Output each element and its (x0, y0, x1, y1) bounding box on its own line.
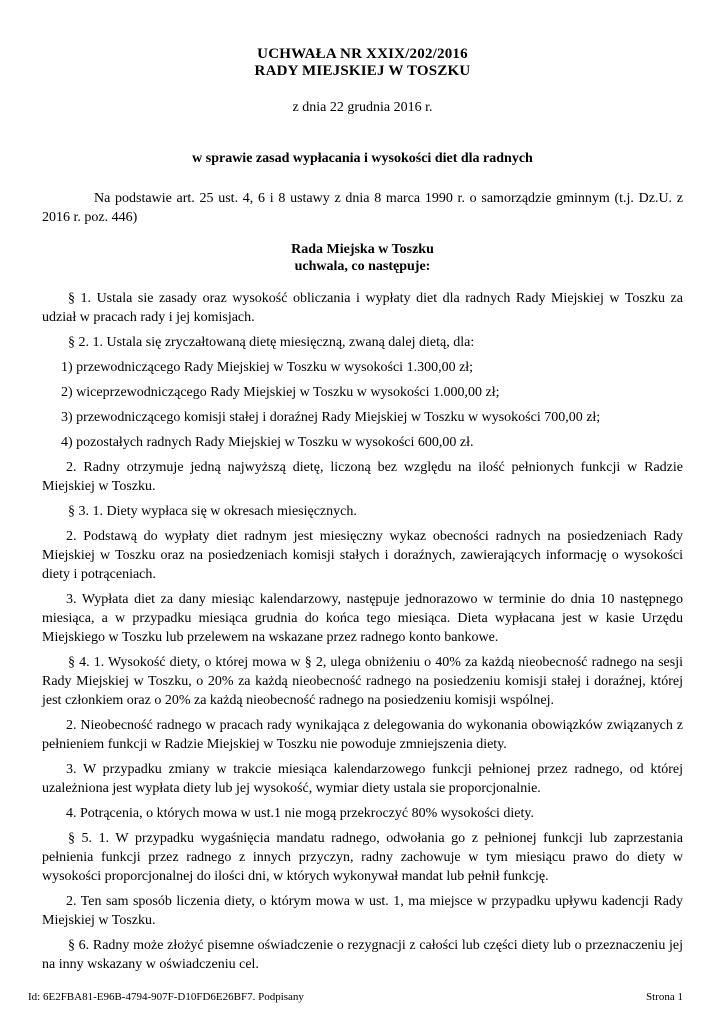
page-footer: Id: 6E2FBA81-E96B-4794-907F-D10FD6E26BF7… (28, 991, 683, 1004)
list-item-4: 4) pozostałych radnych Rady Miejskiej w … (42, 433, 683, 452)
section-3-sub-1: § 3. 1. Diety wypłaca się w okresach mie… (42, 502, 683, 521)
section-4-sub-1: § 4. 1. Wysokość diety, o której mowa w … (42, 653, 683, 710)
section-5-sub-1: § 5. 1. W przypadku wygaśnięcia mandatu … (42, 829, 683, 886)
resolution-date: z dnia 22 grudnia 2016 r. (42, 99, 683, 117)
section-1: § 1. Ustala sie zasady oraz wysokość obl… (42, 289, 683, 327)
resolution-body: § 1. Ustala sie zasady oraz wysokość obl… (42, 289, 683, 974)
list-item-3: 3) przewodniczącego komisji stałej i dor… (42, 408, 683, 427)
document-id: Id: 6E2FBA81-E96B-4794-907F-D10FD6E26BF7… (28, 991, 304, 1004)
section-2-intro: § 2. 1. Ustala się zryczałtowaną dietę m… (42, 333, 683, 352)
subsection-3-3: 3. Wypłata diet za dany miesiąc kalendar… (42, 590, 683, 647)
subsection-4-3: 3. W przypadku zmiany w trakcie miesiąca… (42, 760, 683, 798)
enacting-formula-block: Rada Miejska w Toszku uchwala, co następ… (42, 241, 683, 275)
document-page: UCHWAŁA NR XXIX/202/2016 RADY MIEJSKIEJ … (0, 0, 725, 1024)
page-number: Strona 1 (646, 991, 683, 1004)
resolution-title-line2: RADY MIEJSKIEJ W TOSZKU (42, 63, 683, 80)
subsection-3-2: 2. Podstawą do wypłaty diet radnym jest … (42, 527, 683, 584)
resolution-title-line1: UCHWAŁA NR XXIX/202/2016 (42, 46, 683, 63)
subsection-2-2: 2. Radny otrzymuje jedną najwyższą dietę… (42, 458, 683, 496)
list-item-1: 1) przewodniczącego Rady Miejskiej w Tos… (42, 358, 683, 377)
list-item-2: 2) wiceprzewodniczącego Rady Miejskiej w… (42, 383, 683, 402)
legal-basis-paragraph: Na podstawie art. 25 ust. 4, 6 i 8 ustaw… (42, 189, 683, 227)
section-6: § 6. Radny może złożyć pisemne oświadcze… (42, 936, 683, 974)
subsection-5-2: 2. Ten sam sposób liczenia diety, o któr… (42, 892, 683, 930)
document-header: UCHWAŁA NR XXIX/202/2016 RADY MIEJSKIEJ … (42, 0, 683, 168)
subsection-4-4: 4. Potrącenia, o których mowa w ust.1 ni… (42, 804, 683, 823)
subsection-4-2: 2. Nieobecność radnego w pracach rady wy… (42, 716, 683, 754)
document-content: UCHWAŁA NR XXIX/202/2016 RADY MIEJSKIEJ … (42, 0, 683, 974)
resolution-subject: w sprawie zasad wypłacania i wysokości d… (42, 150, 683, 168)
enacting-formula: uchwala, co następuje: (42, 258, 683, 275)
enacting-body: Rada Miejska w Toszku (42, 241, 683, 258)
